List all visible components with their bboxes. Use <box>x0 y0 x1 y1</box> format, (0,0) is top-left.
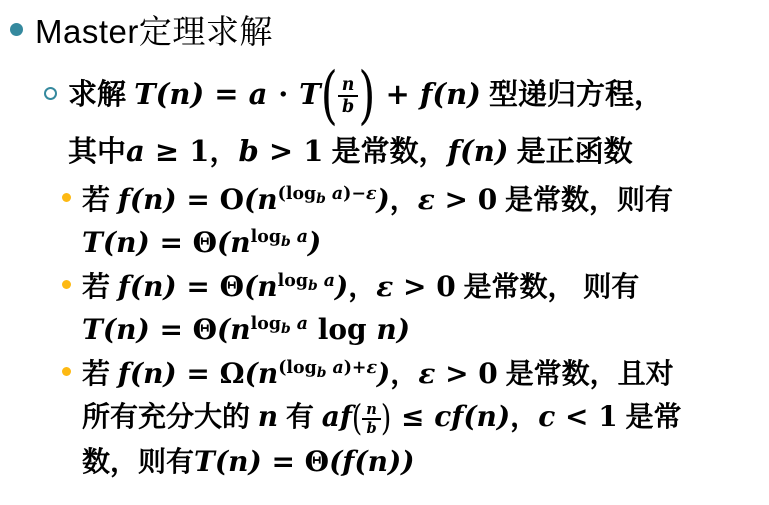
case-1-text: 若 f(n) = O(n(logb a)−ε)，ε > 0 是常数，则有T(n)… <box>82 178 673 264</box>
text-line: 若 f(n) = O(n(logb a)−ε)，ε > 0 是常数，则有 <box>82 178 673 221</box>
case-3-text: 若 f(n) = Ω(n(logb a)+ε)，ε > 0 是常数，且对所有充分… <box>82 352 681 483</box>
text-line: 若 f(n) = Θ(nlogb a)，ε > 0 是常数， 则有 <box>82 265 639 308</box>
text-line: 求解 T(n) = a ⋅ T(nb) + f(n) 型递归方程， <box>68 61 663 129</box>
text-line: T(n) = Θ(nlogb a) <box>82 221 673 264</box>
case-item-2: 若 f(n) = Θ(nlogb a)，ε > 0 是常数， 则有T(n) = … <box>62 265 769 351</box>
level2-bullet-icon <box>44 87 57 100</box>
fraction: (nb) <box>352 397 391 440</box>
title-row: Master定理求解 <box>0 0 769 53</box>
level3-bullet-icon <box>62 280 71 289</box>
case-item-3: 若 f(n) = Ω(n(logb a)+ε)，ε > 0 是常数，且对所有充分… <box>62 352 769 483</box>
fraction: (nb) <box>321 63 376 129</box>
case-item-1: 若 f(n) = O(n(logb a)−ε)，ε > 0 是常数，则有T(n)… <box>62 178 769 264</box>
case-list: 若 f(n) = O(n(logb a)−ε)，ε > 0 是常数，则有T(n)… <box>62 178 769 483</box>
level3-bullet-icon <box>62 367 71 376</box>
theorem-intro-text: 求解 T(n) = a ⋅ T(nb) + f(n) 型递归方程，其中a ≥ 1… <box>68 61 663 174</box>
case-2-text: 若 f(n) = Θ(nlogb a)，ε > 0 是常数， 则有T(n) = … <box>82 265 639 351</box>
level3-bullet-icon <box>62 193 71 202</box>
slide: Master定理求解 求解 T(n) = a ⋅ T(nb) + f(n) 型递… <box>0 0 769 505</box>
text-line: 所有充分大的 n 有 af(nb) ≤ cf(n)，c < 1 是常 <box>82 395 681 440</box>
level1-bullet-icon <box>10 23 23 36</box>
page-title: Master定理求解 <box>35 6 273 53</box>
text-line: T(n) = Θ(nlogb a log n) <box>82 308 639 351</box>
theorem-intro-block: 求解 T(n) = a ⋅ T(nb) + f(n) 型递归方程，其中a ≥ 1… <box>44 61 769 174</box>
